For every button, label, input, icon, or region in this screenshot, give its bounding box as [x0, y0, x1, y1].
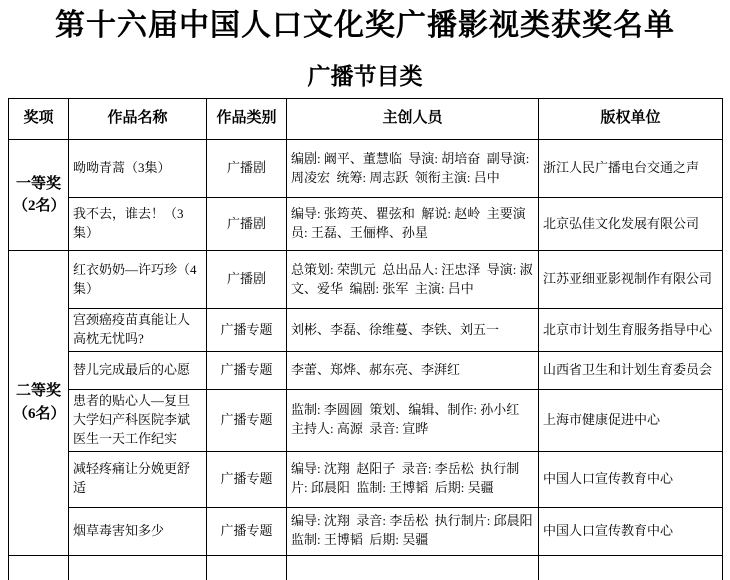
creators-cell: 监制: 李圆圆 策划、编辑、制作: 孙小红 主持人: 高源 录音: 宣晔 [287, 390, 539, 452]
work-title-cell: 红衣奶奶—许巧珍（4集） [69, 251, 207, 309]
empty-cell [539, 555, 723, 580]
unit-cell: 上海市健康促进中心 [539, 390, 723, 452]
work-title-cell: 宫颈癌疫苗真能让人高枕无忧吗? [69, 309, 207, 352]
table-row: 减轻疼痛让分娩更舒适 广播专题 编导: 沈翔 赵阳子 录音: 李岳松 执行制片:… [9, 451, 723, 507]
table-row: 一等奖 （2名） 呦呦青蒿（3集） 广播剧 编剧: 阚平、董慧临 导演: 胡培奋… [9, 140, 723, 198]
header-work-title: 作品名称 [69, 99, 207, 140]
work-title-cell: 替儿完成最后的心愿 [69, 352, 207, 390]
creators-cell: 编导: 沈翔 录音: 李岳松 执行制片: 邱晨阳 监制: 王博韬 后期: 吴疆 [287, 507, 539, 555]
category-cell: 广播专题 [207, 309, 287, 352]
empty-cell [9, 555, 69, 580]
work-title-cell: 我不去，谁去！（3集） [69, 198, 207, 251]
creators-cell: 编剧: 阚平、董慧临 导演: 胡培奋 副导演: 周凌宏 统筹: 周志跃 领衔主演… [287, 140, 539, 198]
category-cell: 广播专题 [207, 352, 287, 390]
award-name: 二等奖 [16, 383, 61, 399]
table-row: 二等奖 （6名） 红衣奶奶—许巧珍（4集） 广播剧 总策划: 荣凯元 总出品人:… [9, 251, 723, 309]
creators-cell: 总策划: 荣凯元 总出品人: 汪忠泽 导演: 淑文、爱华 编剧: 张军 主演: … [287, 251, 539, 309]
table-row-cutoff [9, 555, 723, 580]
unit-cell: 北京市计划生育服务指导中心 [539, 309, 723, 352]
award-group-second-prize: 二等奖 （6名） [9, 251, 69, 556]
unit-cell: 中国人口宣传教育中心 [539, 507, 723, 555]
empty-cell [69, 555, 207, 580]
table-row: 我不去，谁去！（3集） 广播剧 编导: 张筠英、瞿弦和 解说: 赵岭 主要演员:… [9, 198, 723, 251]
creators-cell: 编导: 沈翔 赵阳子 录音: 李岳松 执行制片: 邱晨阳 监制: 王博韬 后期:… [287, 451, 539, 507]
unit-cell: 江苏亚细亚影视制作有限公司 [539, 251, 723, 309]
category-cell: 广播专题 [207, 390, 287, 452]
header-creators: 主创人员 [287, 99, 539, 140]
work-title-cell: 患者的贴心人—复旦大学妇产科医院李斌医生一天工作纪实 [69, 390, 207, 452]
creators-cell: 李蕾、郑烨、郝东亮、李湃红 [287, 352, 539, 390]
work-title-cell: 减轻疼痛让分娩更舒适 [69, 451, 207, 507]
unit-cell: 北京弘佳文化发展有限公司 [539, 198, 723, 251]
category-cell: 广播剧 [207, 198, 287, 251]
creators-cell: 编导: 张筠英、瞿弦和 解说: 赵岭 主要演员: 王磊、王俪桦、孙星 [287, 198, 539, 251]
award-group-first-prize: 一等奖 （2名） [9, 140, 69, 251]
category-cell: 广播剧 [207, 140, 287, 198]
award-name: 一等奖 [16, 176, 61, 192]
header-unit: 版权单位 [539, 99, 723, 140]
award-table: 奖项 作品名称 作品类别 主创人员 版权单位 一等奖 （2名） 呦呦青蒿（3集）… [8, 98, 723, 580]
document-page: 第十六届中国人口文化奖广播影视类获奖名单 广播节目类 奖项 作品名称 作品类别 … [0, 0, 730, 580]
header-award: 奖项 [9, 99, 69, 140]
table-row: 患者的贴心人—复旦大学妇产科医院李斌医生一天工作纪实 广播专题 监制: 李圆圆 … [9, 390, 723, 452]
unit-cell: 中国人口宣传教育中心 [539, 451, 723, 507]
award-count: （2名） [13, 198, 66, 214]
empty-cell [207, 555, 287, 580]
category-cell: 广播专题 [207, 451, 287, 507]
empty-cell [287, 555, 539, 580]
category-cell: 广播剧 [207, 251, 287, 309]
header-category: 作品类别 [207, 99, 287, 140]
unit-cell: 山西省卫生和计划生育委员会 [539, 352, 723, 390]
award-count: （6名） [13, 406, 66, 422]
work-title-cell: 呦呦青蒿（3集） [69, 140, 207, 198]
unit-cell: 浙江人民广播电台交通之声 [539, 140, 723, 198]
section-subtitle: 广播节目类 [0, 58, 730, 91]
table-row: 替儿完成最后的心愿 广播专题 李蕾、郑烨、郝东亮、李湃红 山西省卫生和计划生育委… [9, 352, 723, 390]
category-cell: 广播专题 [207, 507, 287, 555]
page-title: 第十六届中国人口文化奖广播影视类获奖名单 [0, 6, 730, 45]
table-header-row: 奖项 作品名称 作品类别 主创人员 版权单位 [9, 99, 723, 140]
work-title-cell: 烟草毒害知多少 [69, 507, 207, 555]
table-row: 宫颈癌疫苗真能让人高枕无忧吗? 广播专题 刘彬、李磊、徐维蔓、李铁、刘五一 北京… [9, 309, 723, 352]
creators-cell: 刘彬、李磊、徐维蔓、李铁、刘五一 [287, 309, 539, 352]
table-row: 烟草毒害知多少 广播专题 编导: 沈翔 录音: 李岳松 执行制片: 邱晨阳 监制… [9, 507, 723, 555]
